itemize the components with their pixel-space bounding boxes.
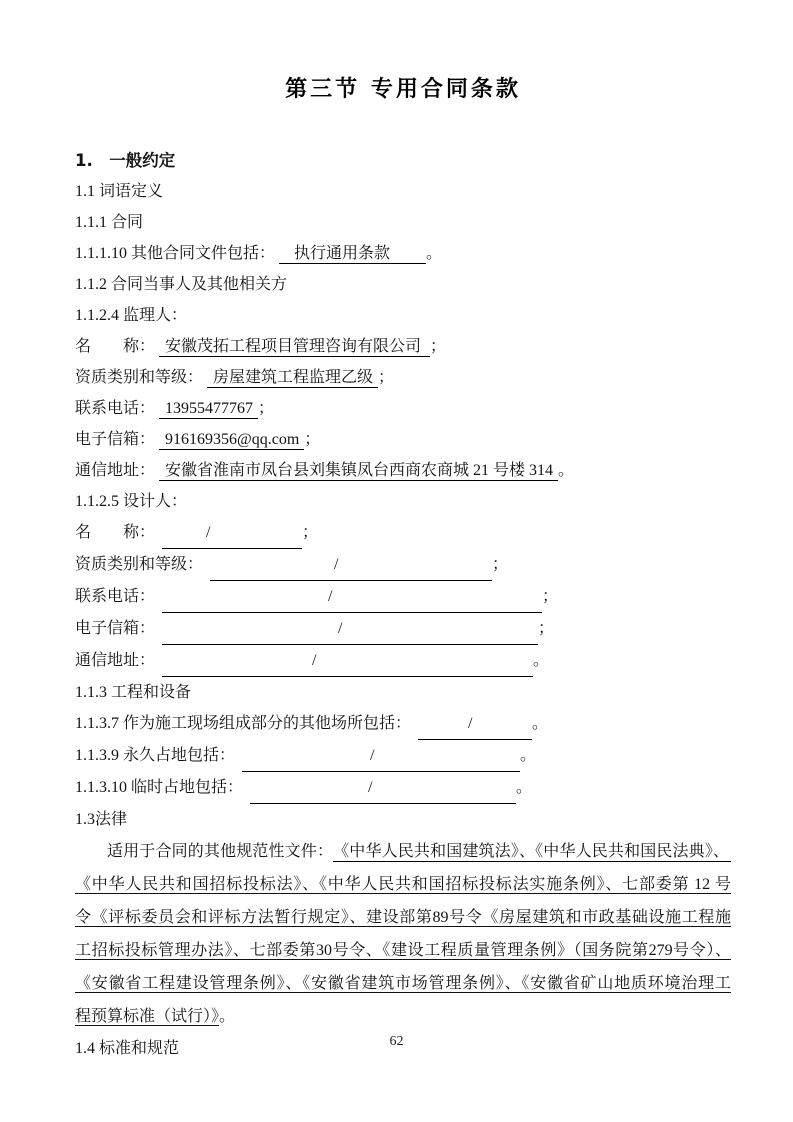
blank-underline: / [242, 740, 520, 772]
field-label: 资质类别和等级： [75, 556, 203, 573]
heading-contract: 1.1.1 合同 [75, 207, 731, 238]
heading-works-and-equipment: 1.1.3 工程和设备 [75, 677, 731, 708]
field-value-underlined: 安徽省淮南市凤台县刘集镇凤台西商农商城 21 号楼 314 [159, 462, 558, 481]
designer-phone-row: 联系电话： /； [75, 581, 731, 613]
law-paragraph: 适用于合同的其他规范性文件：《中华人民共和国建筑法》、《中华人民共和国民法典》、… [75, 835, 731, 1033]
field-suffix: 。 [533, 652, 549, 669]
law-text-underlined: 程预算标准（试行）》 [75, 1008, 219, 1025]
heading-designer: 1.1.2.5 设计人： [75, 486, 731, 517]
supervisor-address-row: 通信地址： 安徽省淮南市凤台县刘集镇凤台西商农商城 21 号楼 314。 [75, 455, 731, 486]
supervisor-phone-row: 联系电话： 13955477767； [75, 393, 731, 424]
designer-email-row: 电子信箱： /； [75, 613, 731, 645]
page-title: 第三节 专用合同条款 [75, 72, 731, 103]
law-text-underlined: 《中华人民共和国招标投标法》、《中华人民共和国招标投标法实施条例》、七部委第 1… [75, 876, 731, 893]
blank-underline: / [210, 549, 492, 581]
field-suffix: ； [302, 524, 318, 541]
field-label: 资质类别和等级： [75, 369, 203, 386]
field-other-contract-documents: 1.1.1.10 其他合同文件包括： 执行通用条款。 [75, 238, 731, 269]
field-label: 通信地址： [75, 652, 155, 669]
field-label: 1.1.1.10 其他合同文件包括： [75, 245, 275, 262]
field-suffix: 。 [520, 747, 536, 764]
law-line: 《中华人民共和国招标投标法》、《中华人民共和国招标投标法实施条例》、七部委第 1… [75, 868, 731, 901]
supervisor-name-row: 名 称： 安徽茂拓工程项目管理咨询有限公司； [75, 331, 731, 362]
law-line: 工招标投标管理办法》、七部委第30号令、《建设工程质量管理条例》（国务院第279… [75, 934, 731, 967]
field-suffix: ； [258, 400, 274, 417]
heading-supervisor: 1.1.2.4 监理人： [75, 300, 731, 331]
designer-name-row: 名 称： /； [75, 517, 731, 549]
field-label: 名 称： [75, 524, 155, 541]
field-label: 电子信箱： [75, 620, 155, 637]
law-intro-label: 适用于合同的其他规范性文件： [107, 843, 333, 860]
site-other-places-row: 1.1.3.7 作为施工现场组成部分的其他场所包括： /。 [75, 708, 731, 740]
field-label: 1.1.3.7 作为施工现场组成部分的其他场所包括： [75, 715, 411, 732]
field-label: 1.1.3.9 永久占地包括： [75, 747, 235, 764]
law-line: 适用于合同的其他规范性文件：《中华人民共和国建筑法》、《中华人民共和国民法典》、 [75, 835, 731, 868]
heading-term-definitions: 1.1 词语定义 [75, 176, 731, 207]
heading-law: 1.3法律 [75, 804, 731, 835]
law-line: 程预算标准（试行）》。 [75, 1000, 731, 1033]
field-label: 1.1.3.10 临时占地包括： [75, 779, 243, 796]
law-line: 令《评标委员会和评标方法暂行规定》、建设部第89号令《房屋建筑和市政基础设施工程… [75, 901, 731, 934]
field-suffix: 。 [516, 779, 532, 796]
field-value-underlined: 916169356@qq.com [159, 431, 304, 450]
field-suffix: ； [304, 431, 320, 448]
field-label: 通信地址： [75, 462, 155, 479]
heading-contract-parties: 1.1.2 合同当事人及其他相关方 [75, 269, 731, 300]
law-text-underlined: 《中华人民共和国建筑法》、《中华人民共和国民法典》、 [333, 843, 731, 862]
designer-address-row: 通信地址： /。 [75, 645, 731, 677]
field-suffix: ； [492, 556, 508, 573]
temporary-land-row: 1.1.3.10 临时占地包括： /。 [75, 772, 731, 804]
field-label: 名 称： [75, 338, 155, 355]
law-text-underlined: 《安徽省工程建设管理条例》、《安徽省建筑市场管理条例》、《安徽省矿山地质环境治理… [75, 975, 731, 992]
heading-general-provisions: 1. 一般约定 [75, 145, 731, 176]
blank-underline: / [162, 613, 538, 645]
permanent-land-row: 1.1.3.9 永久占地包括： /。 [75, 740, 731, 772]
blank-underline: / [250, 772, 516, 804]
field-suffix: 。 [558, 462, 574, 479]
field-value-underlined: 房屋建筑工程监理乙级 [207, 369, 378, 388]
field-value-underlined: 执行通用条款 [279, 245, 426, 264]
law-text-underlined: 工招标投标管理办法》、七部委第30号令、《建设工程质量管理条例》（国务院第279… [75, 942, 731, 959]
field-value-underlined: 13955477767 [159, 400, 258, 419]
field-suffix: 。 [532, 715, 548, 732]
blank-underline: / [162, 581, 542, 613]
blank-underline: / [418, 708, 532, 740]
field-suffix: ； [542, 588, 558, 605]
field-label: 联系电话： [75, 400, 155, 417]
field-value-underlined: 安徽茂拓工程项目管理咨询有限公司 [159, 338, 430, 357]
field-label: 联系电话： [75, 588, 155, 605]
law-line: 《安徽省工程建设管理条例》、《安徽省建筑市场管理条例》、《安徽省矿山地质环境治理… [75, 967, 731, 1000]
field-label: 电子信箱： [75, 431, 155, 448]
designer-qualification-row: 资质类别和等级： /； [75, 549, 731, 581]
law-line-suffix: 。 [219, 1008, 235, 1025]
field-suffix: ； [538, 620, 554, 637]
field-suffix: ； [430, 338, 446, 355]
blank-underline: / [162, 517, 302, 549]
law-text-underlined: 令《评标委员会和评标方法暂行规定》、建设部第89号令《房屋建筑和市政基础设施工程… [75, 909, 731, 926]
field-suffix: ； [378, 369, 394, 386]
supervisor-qualification-row: 资质类别和等级： 房屋建筑工程监理乙级； [75, 362, 731, 393]
blank-underline: / [162, 645, 533, 677]
field-suffix: 。 [426, 245, 442, 262]
page-number: 62 [0, 1034, 793, 1050]
contract-document-page: 第三节 专用合同条款 1. 一般约定 1.1 词语定义 1.1.1 合同 1.1… [0, 0, 793, 1122]
supervisor-email-row: 电子信箱： 916169356@qq.com； [75, 424, 731, 455]
